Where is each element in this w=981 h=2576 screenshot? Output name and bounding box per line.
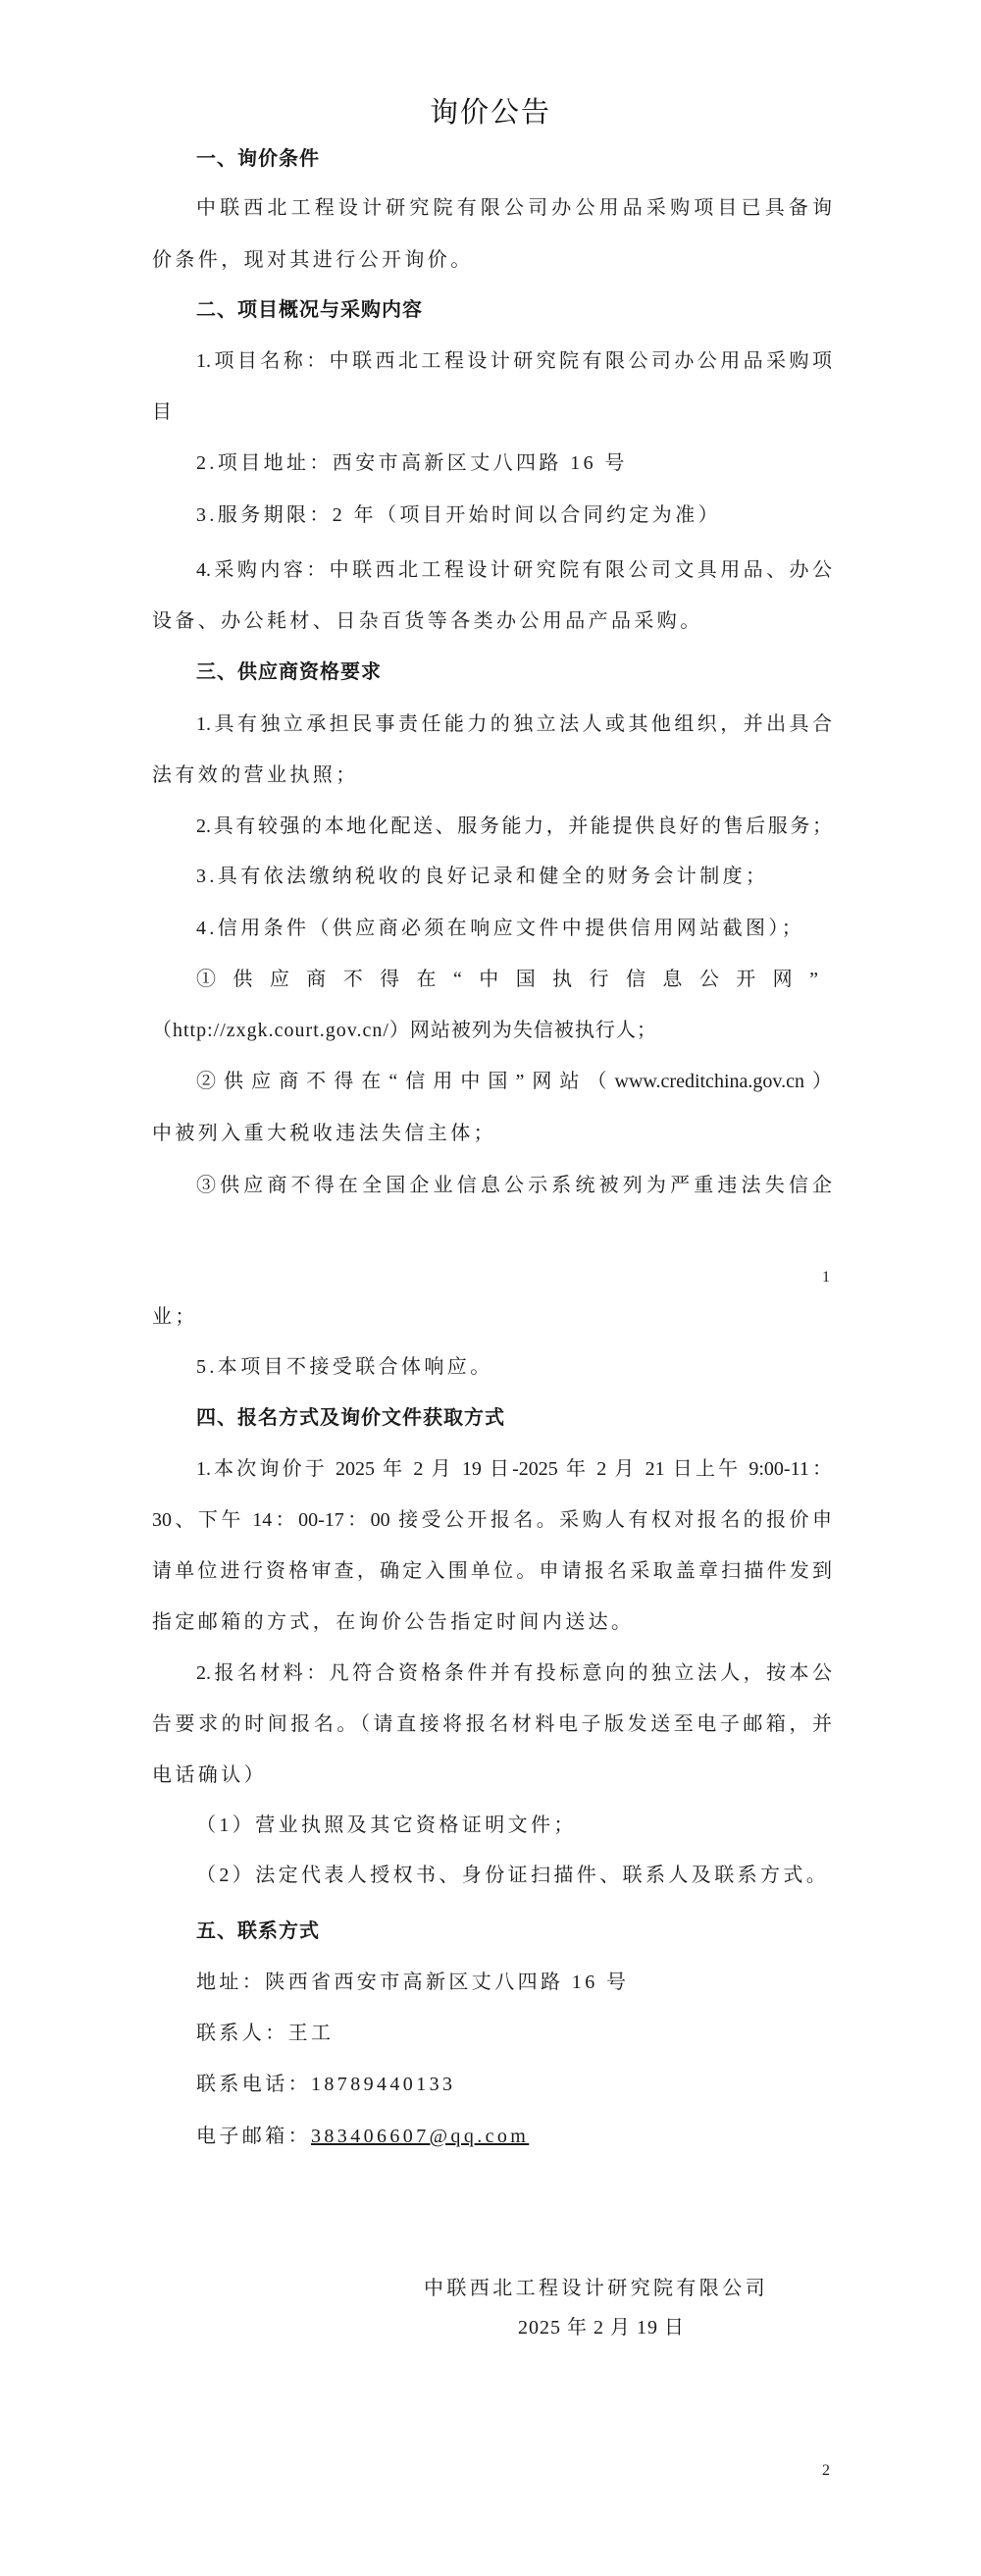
paragraph-line: ①供应商不得在“中国执行信息公开网” <box>196 966 832 993</box>
paragraph-line: 3.服务期限：2 年（项目开始时间以合同约定为准） <box>196 501 721 529</box>
paragraph-line: 业； <box>152 1303 198 1331</box>
paragraph-line: 1.项目名称：中联西北工程设计研究院有限公司办公用品采购项 <box>196 347 832 375</box>
document-page: 询价公告 一、询价条件 中联西北工程设计研究院有限公司办公用品采购项目已具备询 … <box>0 0 981 2576</box>
phone-value: 18789440133 <box>311 2074 455 2095</box>
contact-label: 联系人： <box>196 2023 288 2044</box>
page-number: 2 <box>822 2461 830 2481</box>
paragraph-line: 中被列入重大税收违法失信主体； <box>152 1120 496 1147</box>
list-item: （2）法定代表人授权书、身份证扫描件、联系人及联系方式。 <box>196 1862 829 1889</box>
paragraph-line: 1.具有独立承担民事责任能力的独立法人或其他组织，并出具合 <box>196 710 832 738</box>
paragraph-line: 2.报名材料：凡符合资格条件并有投标意向的独立法人，按本公 <box>196 1659 832 1687</box>
paragraph-line: 4.信用条件（供应商必须在响应文件中提供信用网站截图）； <box>196 915 804 942</box>
address-value: 陕西省西安市高新区丈八四路 16 号 <box>265 1971 629 1993</box>
paragraph-line: 2.项目地址：西安市高新区丈八四路 16 号 <box>196 449 628 477</box>
list-item: （1）营业执照及其它资格证明文件； <box>196 1812 577 1839</box>
section-heading-registration: 四、报名方式及询价文件获取方式 <box>196 1404 505 1432</box>
paragraph-line: ③供应商不得在全国企业信息公示系统被列为严重违法失信企 <box>196 1172 832 1199</box>
page-number: 1 <box>822 1268 830 1288</box>
section-heading-project-overview: 二、项目概况与采购内容 <box>196 296 423 324</box>
signature-company: 中联西北工程设计研究院有限公司 <box>424 2275 768 2302</box>
signature-date: 2025 年 2 月 19 日 <box>518 2314 685 2341</box>
paragraph-line: 30、下午 14：00-17：00 接受公开报名。采购人有权对报名的报价申 <box>152 1506 832 1534</box>
paragraph-line: ②供应商不得在“信用中国”网站（www.creditchina.gov.cn） <box>196 1068 832 1095</box>
paragraph-line: 请单位进行资格审查，确定入围单位。申请报名采取盖章扫描件发到 <box>152 1557 832 1585</box>
contact-phone: 联系电话：18789440133 <box>196 2071 455 2098</box>
paragraph-line: 3.具有依法缴纳税收的良好记录和健全的财务会计制度； <box>196 863 768 890</box>
paragraph-line: 目 <box>152 398 175 426</box>
paragraph-line: 1.本次询价于 2025 年 2 月 19 日-2025 年 2 月 21 日上… <box>196 1455 832 1483</box>
paragraph-line: 2.具有较强的本地化配送、服务能力，并能提供良好的售后服务； <box>196 813 832 840</box>
email-link[interactable]: 383406607@qq.com <box>311 2126 529 2147</box>
address-label: 地址： <box>196 1971 265 1993</box>
paragraph-line: 4.采购内容：中联西北工程设计研究院有限公司文具用品、办公 <box>196 556 832 584</box>
contact-email: 电子邮箱：383406607@qq.com <box>196 2123 529 2150</box>
contact-value: 王工 <box>288 2023 335 2044</box>
contact-person: 联系人：王工 <box>196 2020 334 2047</box>
paragraph-line: 电话确认） <box>152 1761 267 1789</box>
paragraph-line: 5.本项目不接受联合体响应。 <box>196 1353 493 1381</box>
document-title: 询价公告 <box>0 95 981 131</box>
paragraph-line: 告要求的时间报名。（请直接将报名材料电子版发送至电子邮箱，并 <box>152 1710 832 1738</box>
contact-address: 地址：陕西省西安市高新区丈八四路 16 号 <box>196 1969 629 1996</box>
paragraph-line: （http://zxgk.court.gov.cn/）网站被列为失信被执行人； <box>152 1017 657 1044</box>
email-label: 电子邮箱： <box>196 2126 311 2147</box>
paragraph-line: 价条件，现对其进行公开询价。 <box>152 246 474 274</box>
phone-label: 联系电话： <box>196 2074 311 2095</box>
paragraph-line: 设备、办公耗材、日杂百货等各类办公用品产品采购。 <box>152 607 703 635</box>
paragraph-line: 中联西北工程设计研究院有限公司办公用品采购项目已具备询 <box>196 194 832 222</box>
paragraph-line: 法有效的营业执照； <box>152 762 359 789</box>
section-heading-supplier-requirements: 三、供应商资格要求 <box>196 658 382 686</box>
section-heading-inquiry-conditions: 一、询价条件 <box>196 145 320 173</box>
paragraph-line: 指定邮箱的方式，在询价公告指定时间内送达。 <box>152 1608 634 1636</box>
section-heading-contact: 五、联系方式 <box>196 1918 320 1945</box>
